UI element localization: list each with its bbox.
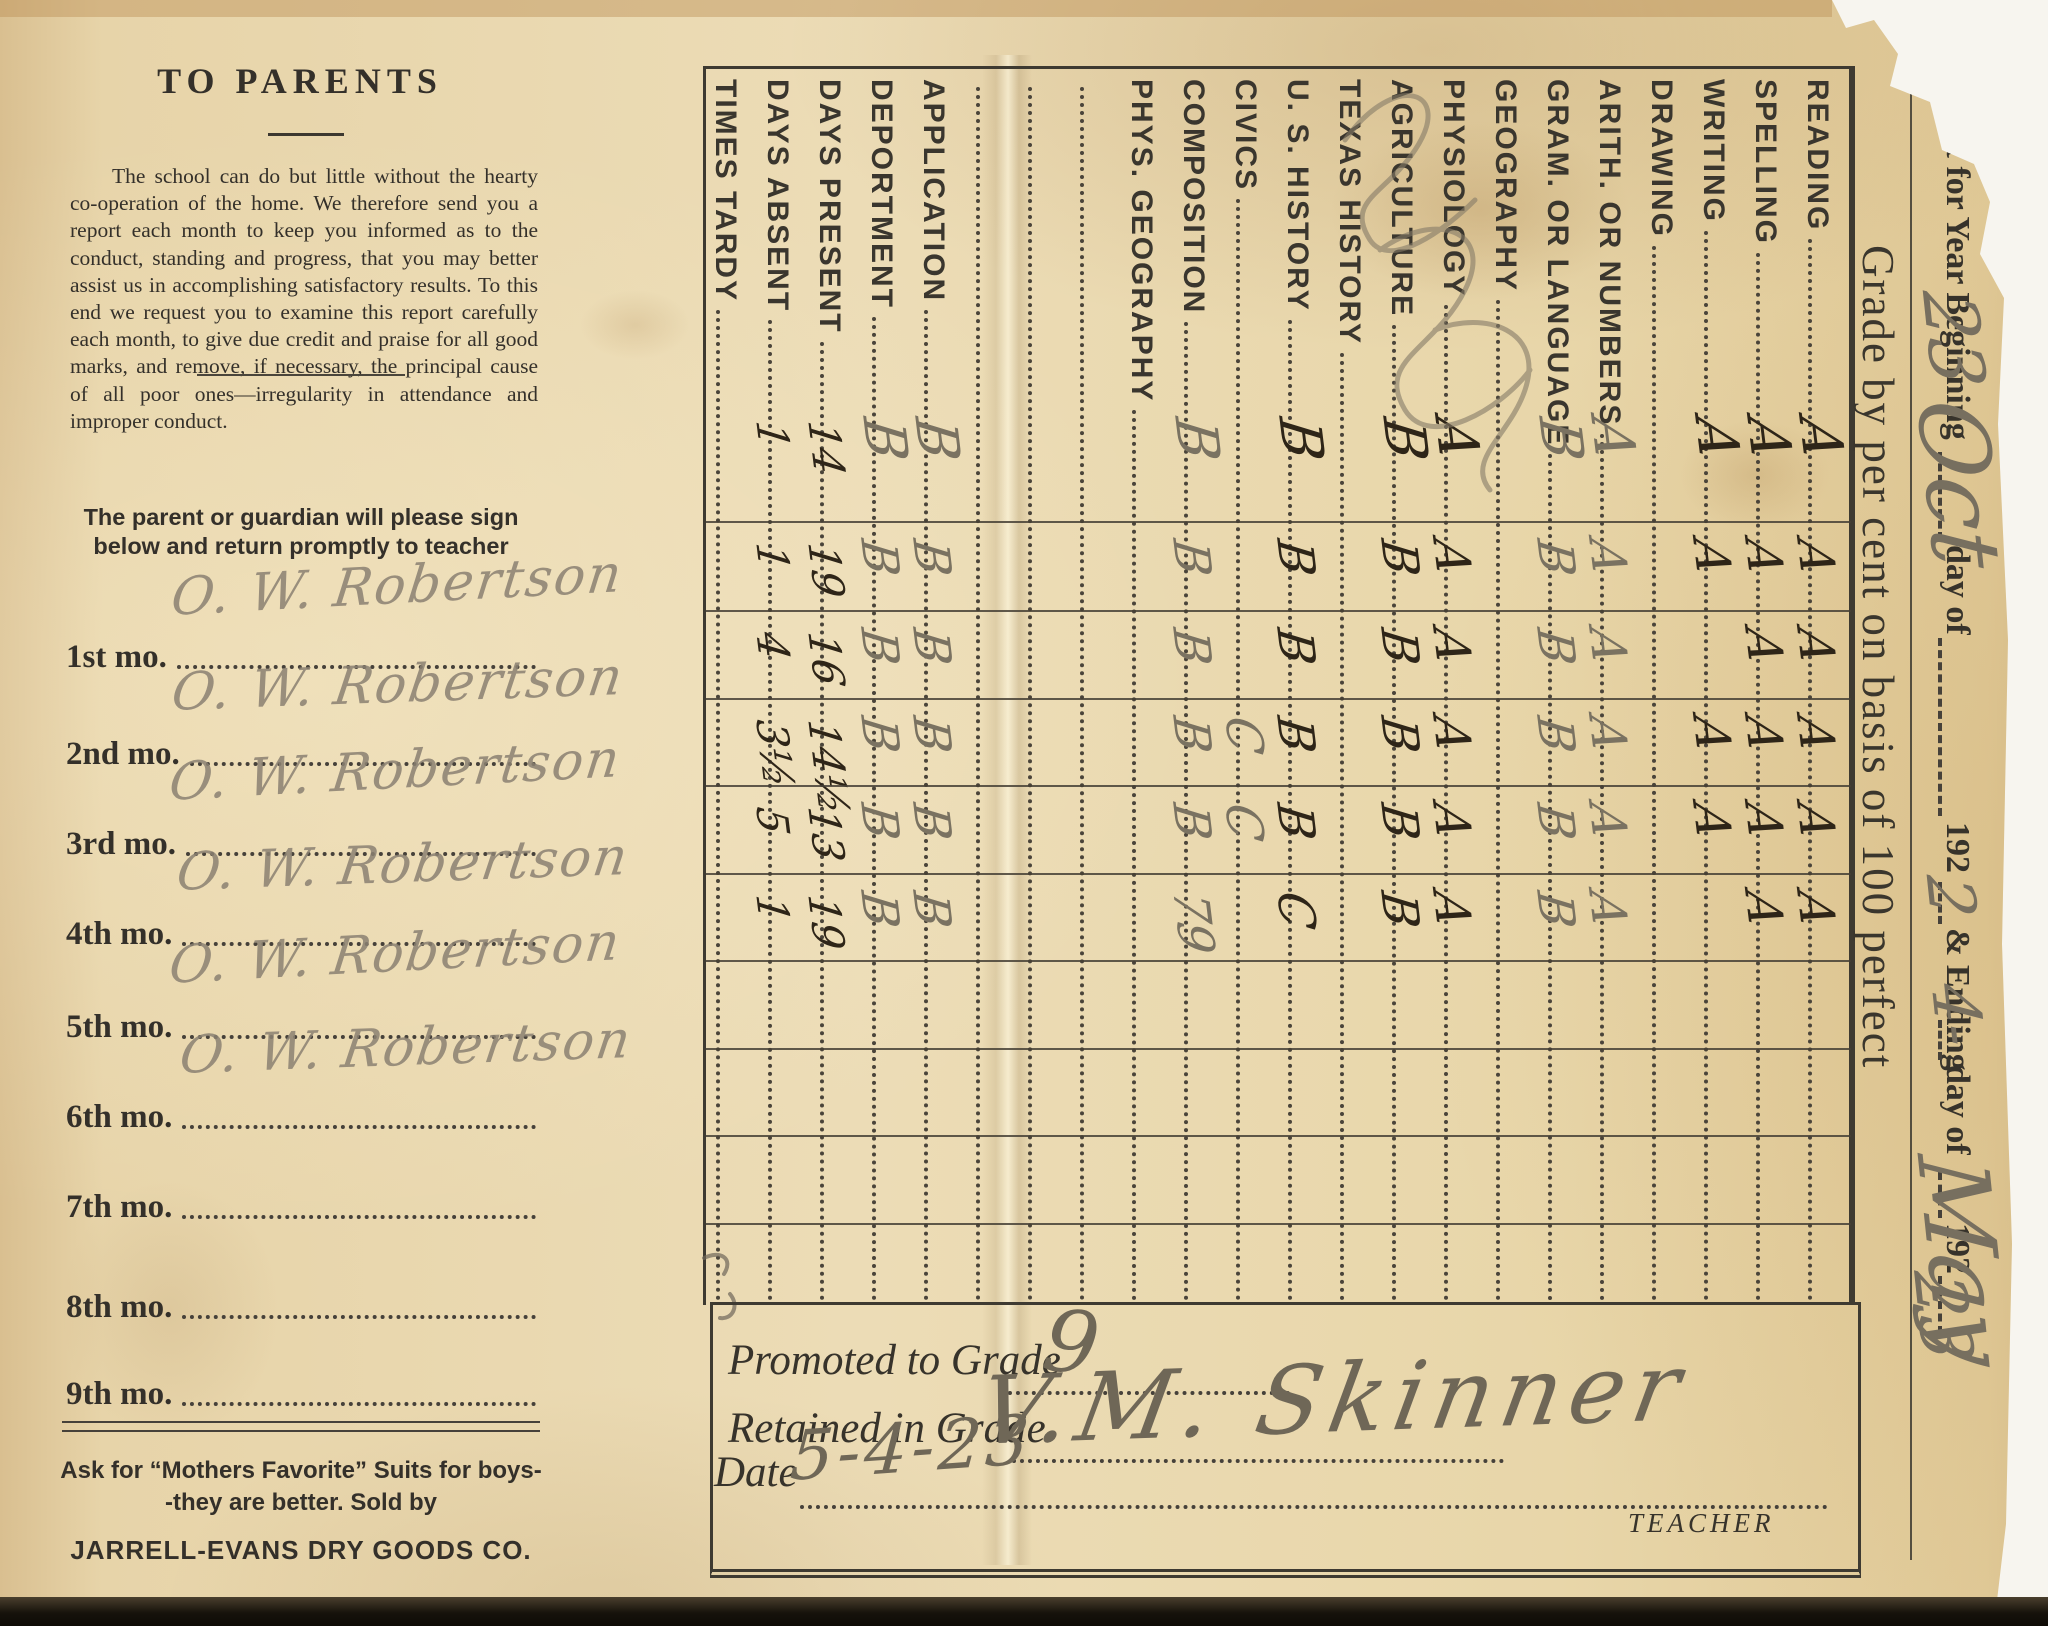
subject-row-gram-or-language: GRAM. OR LANGUAGEBBBBBB xyxy=(1539,69,1591,1305)
subject-label: DAYS ABSENT xyxy=(759,69,794,320)
subject-label xyxy=(967,69,968,87)
edge-title-rotated: Grade by per cent on basis of 100 perfec… xyxy=(1850,40,2000,1560)
month-column-line xyxy=(706,785,1851,787)
subject-row-composition: COMPOSITIONBBBBB79 xyxy=(1175,69,1227,1305)
month-column-line xyxy=(706,1223,1851,1225)
subject-label: READING xyxy=(1799,69,1834,239)
subject-row-blank xyxy=(967,69,1019,1305)
dotted-leader xyxy=(1652,246,1656,1301)
month-row-8: 8th mo. xyxy=(66,1280,536,1326)
divider-rule xyxy=(197,374,405,376)
edge-handwriting: Oct xyxy=(1901,397,2014,570)
signature-line xyxy=(182,1215,536,1219)
ad-text: Ask for “Mothers Favorite” Suits for boy… xyxy=(60,1455,542,1520)
report-card-scan: TO PARENTS The school can do but little … xyxy=(0,0,2048,1626)
subject-grid: READINGAAAAAASPELLINGAAAAAAWRITINGAAAADR… xyxy=(703,66,1855,1305)
dotted-leader xyxy=(716,310,720,1301)
subject-label: SPELLING xyxy=(1747,69,1782,253)
dotted-leader xyxy=(1132,410,1136,1301)
date-label: Date xyxy=(714,1448,798,1497)
subject-row-spelling: SPELLINGAAAAAA xyxy=(1747,69,1799,1305)
edge-blank-line xyxy=(1938,638,1944,816)
grading-note: Grade by per cent on basis of 100 perfec… xyxy=(1852,245,1904,1069)
paper-stain xyxy=(580,290,690,360)
subject-label: GEOGRAPHY xyxy=(1487,69,1522,300)
to-parents-paragraph: The school can do but little without the… xyxy=(70,163,538,435)
subject-row-days-absent: DAYS ABSENT1143½51 xyxy=(759,69,811,1305)
teacher-label: TEACHER xyxy=(1628,1508,1775,1539)
paper-stain-top xyxy=(0,0,1832,17)
subject-row-writing: WRITINGAAAA xyxy=(1695,69,1747,1305)
subject-label: PHYSIOLOGY xyxy=(1435,69,1470,305)
edge-handwriting: 23 xyxy=(1903,1270,1983,1364)
subject-label: DAYS PRESENT xyxy=(811,69,846,342)
subject-row-application: APPLICATIONBBBBBB xyxy=(915,69,967,1305)
edge-title-strip: Grade by per cent on basis of 100 perfec… xyxy=(1850,40,2000,1560)
dotted-leader xyxy=(1808,239,1812,1301)
dotted-leader xyxy=(1340,353,1344,1301)
scan-bottom-edge xyxy=(0,1597,2048,1626)
month-column-line xyxy=(706,1135,1851,1137)
month-column-line xyxy=(706,960,1851,962)
month-label: 5th mo. xyxy=(66,1009,172,1046)
signature-line xyxy=(182,1125,536,1129)
month-column-line xyxy=(706,521,1851,523)
dotted-leader xyxy=(1704,231,1708,1301)
dotted-leader xyxy=(1756,253,1760,1301)
subject-row-blank xyxy=(1071,69,1123,1305)
ad-divider-rule xyxy=(62,1421,540,1432)
dotted-leader xyxy=(1080,87,1084,1301)
subject-row-times-tardy: TIMES TARDY xyxy=(707,69,759,1305)
dotted-leader xyxy=(1496,300,1500,1301)
edge-printed-text: day of xyxy=(1938,1065,1976,1155)
grade-table-rotated: READINGAAAAAASPELLINGAAAAAAWRITINGAAAADR… xyxy=(710,66,1855,1302)
month-label: 4th mo. xyxy=(66,916,172,953)
subject-label: GRAM. OR LANGUAGE xyxy=(1539,69,1574,454)
ad-company: JARRELL-EVANS DRY GOODS CO. xyxy=(60,1535,542,1566)
subject-label: DEPORTMENT xyxy=(863,69,898,317)
subject-label: AGRICULTURE xyxy=(1383,69,1418,325)
month-label: 1st mo. xyxy=(66,639,167,676)
subject-row-texas-history: TEXAS HISTORY xyxy=(1331,69,1383,1305)
signature-line xyxy=(182,1402,536,1406)
subject-row-deportment: DEPORTMENTBBBBBB xyxy=(863,69,915,1305)
subject-row-phys-geography: PHYS. GEOGRAPHY xyxy=(1123,69,1175,1305)
subject-label xyxy=(1071,69,1072,87)
subject-label: TEXAS HISTORY xyxy=(1331,69,1366,353)
dotted-leader xyxy=(976,87,980,1301)
subject-label: APPLICATION xyxy=(915,69,950,310)
month-column-line xyxy=(706,1048,1851,1050)
month-row-6: 6th mo. xyxy=(66,1090,536,1136)
signature-line xyxy=(182,1315,536,1319)
subject-row-geography: GEOGRAPHY xyxy=(1487,69,1539,1305)
subject-row-drawing: DRAWING xyxy=(1643,69,1695,1305)
subject-row-reading: READINGAAAAAA xyxy=(1799,69,1851,1305)
subject-label: PHYS. GEOGRAPHY xyxy=(1123,69,1158,410)
edge-handwriting: 4- xyxy=(1920,982,1991,1049)
subject-row-arith-or-numbers: ARITH. OR NUMBERSAAAAAA xyxy=(1591,69,1643,1305)
subject-row-blank xyxy=(1019,69,1071,1305)
subject-row-days-present: DAYS PRESENT14191614½1319 xyxy=(811,69,863,1305)
paper-sheet: TO PARENTS The school can do but little … xyxy=(0,0,2048,1626)
month-label: 6th mo. xyxy=(66,1099,172,1136)
subject-row-agriculture: AGRICULTUREBBBBBB xyxy=(1383,69,1435,1305)
month-column-line xyxy=(706,610,1851,612)
edge-handwriting: 2 xyxy=(1915,874,1984,919)
month-label: 7th mo. xyxy=(66,1189,172,1226)
subject-label: U. S. HISTORY xyxy=(1279,69,1314,320)
title-rule xyxy=(268,133,344,136)
dotted-leader xyxy=(1548,454,1552,1301)
month-row-7: 7th mo. xyxy=(66,1180,536,1226)
subject-row-civics: CIVICSCC xyxy=(1227,69,1279,1305)
subject-label: DRAWING xyxy=(1643,69,1678,246)
month-row-9: 9th mo. xyxy=(66,1367,536,1413)
dotted-leader xyxy=(1028,87,1032,1301)
edge-handwriting: 23 xyxy=(1911,290,1996,389)
month-label: 2nd mo. xyxy=(66,736,180,773)
edge-printed-text: 192 xyxy=(1938,822,1976,873)
subject-label: COMPOSITION xyxy=(1175,69,1210,322)
teacher-signature-handwriting: V.M. Skinner xyxy=(972,1341,1695,1460)
subject-row-u-s-history: U. S. HISTORYBBBBBC xyxy=(1279,69,1331,1305)
subject-label: ARITH. OR NUMBERS xyxy=(1591,69,1626,434)
subject-label xyxy=(1019,69,1020,87)
month-label: 8th mo. xyxy=(66,1289,172,1326)
subject-row-physiology: PHYSIOLOGYAAAAAA xyxy=(1435,69,1487,1305)
subject-label: TIMES TARDY xyxy=(707,69,742,310)
month-column-line xyxy=(706,873,1851,875)
month-column-line xyxy=(706,698,1851,700)
subject-label: CIVICS xyxy=(1227,69,1262,199)
subject-label: WRITING xyxy=(1695,69,1730,231)
month-label: 9th mo. xyxy=(66,1376,172,1413)
to-parents-title: TO PARENTS xyxy=(120,60,480,102)
month-label: 3rd mo. xyxy=(66,826,176,863)
